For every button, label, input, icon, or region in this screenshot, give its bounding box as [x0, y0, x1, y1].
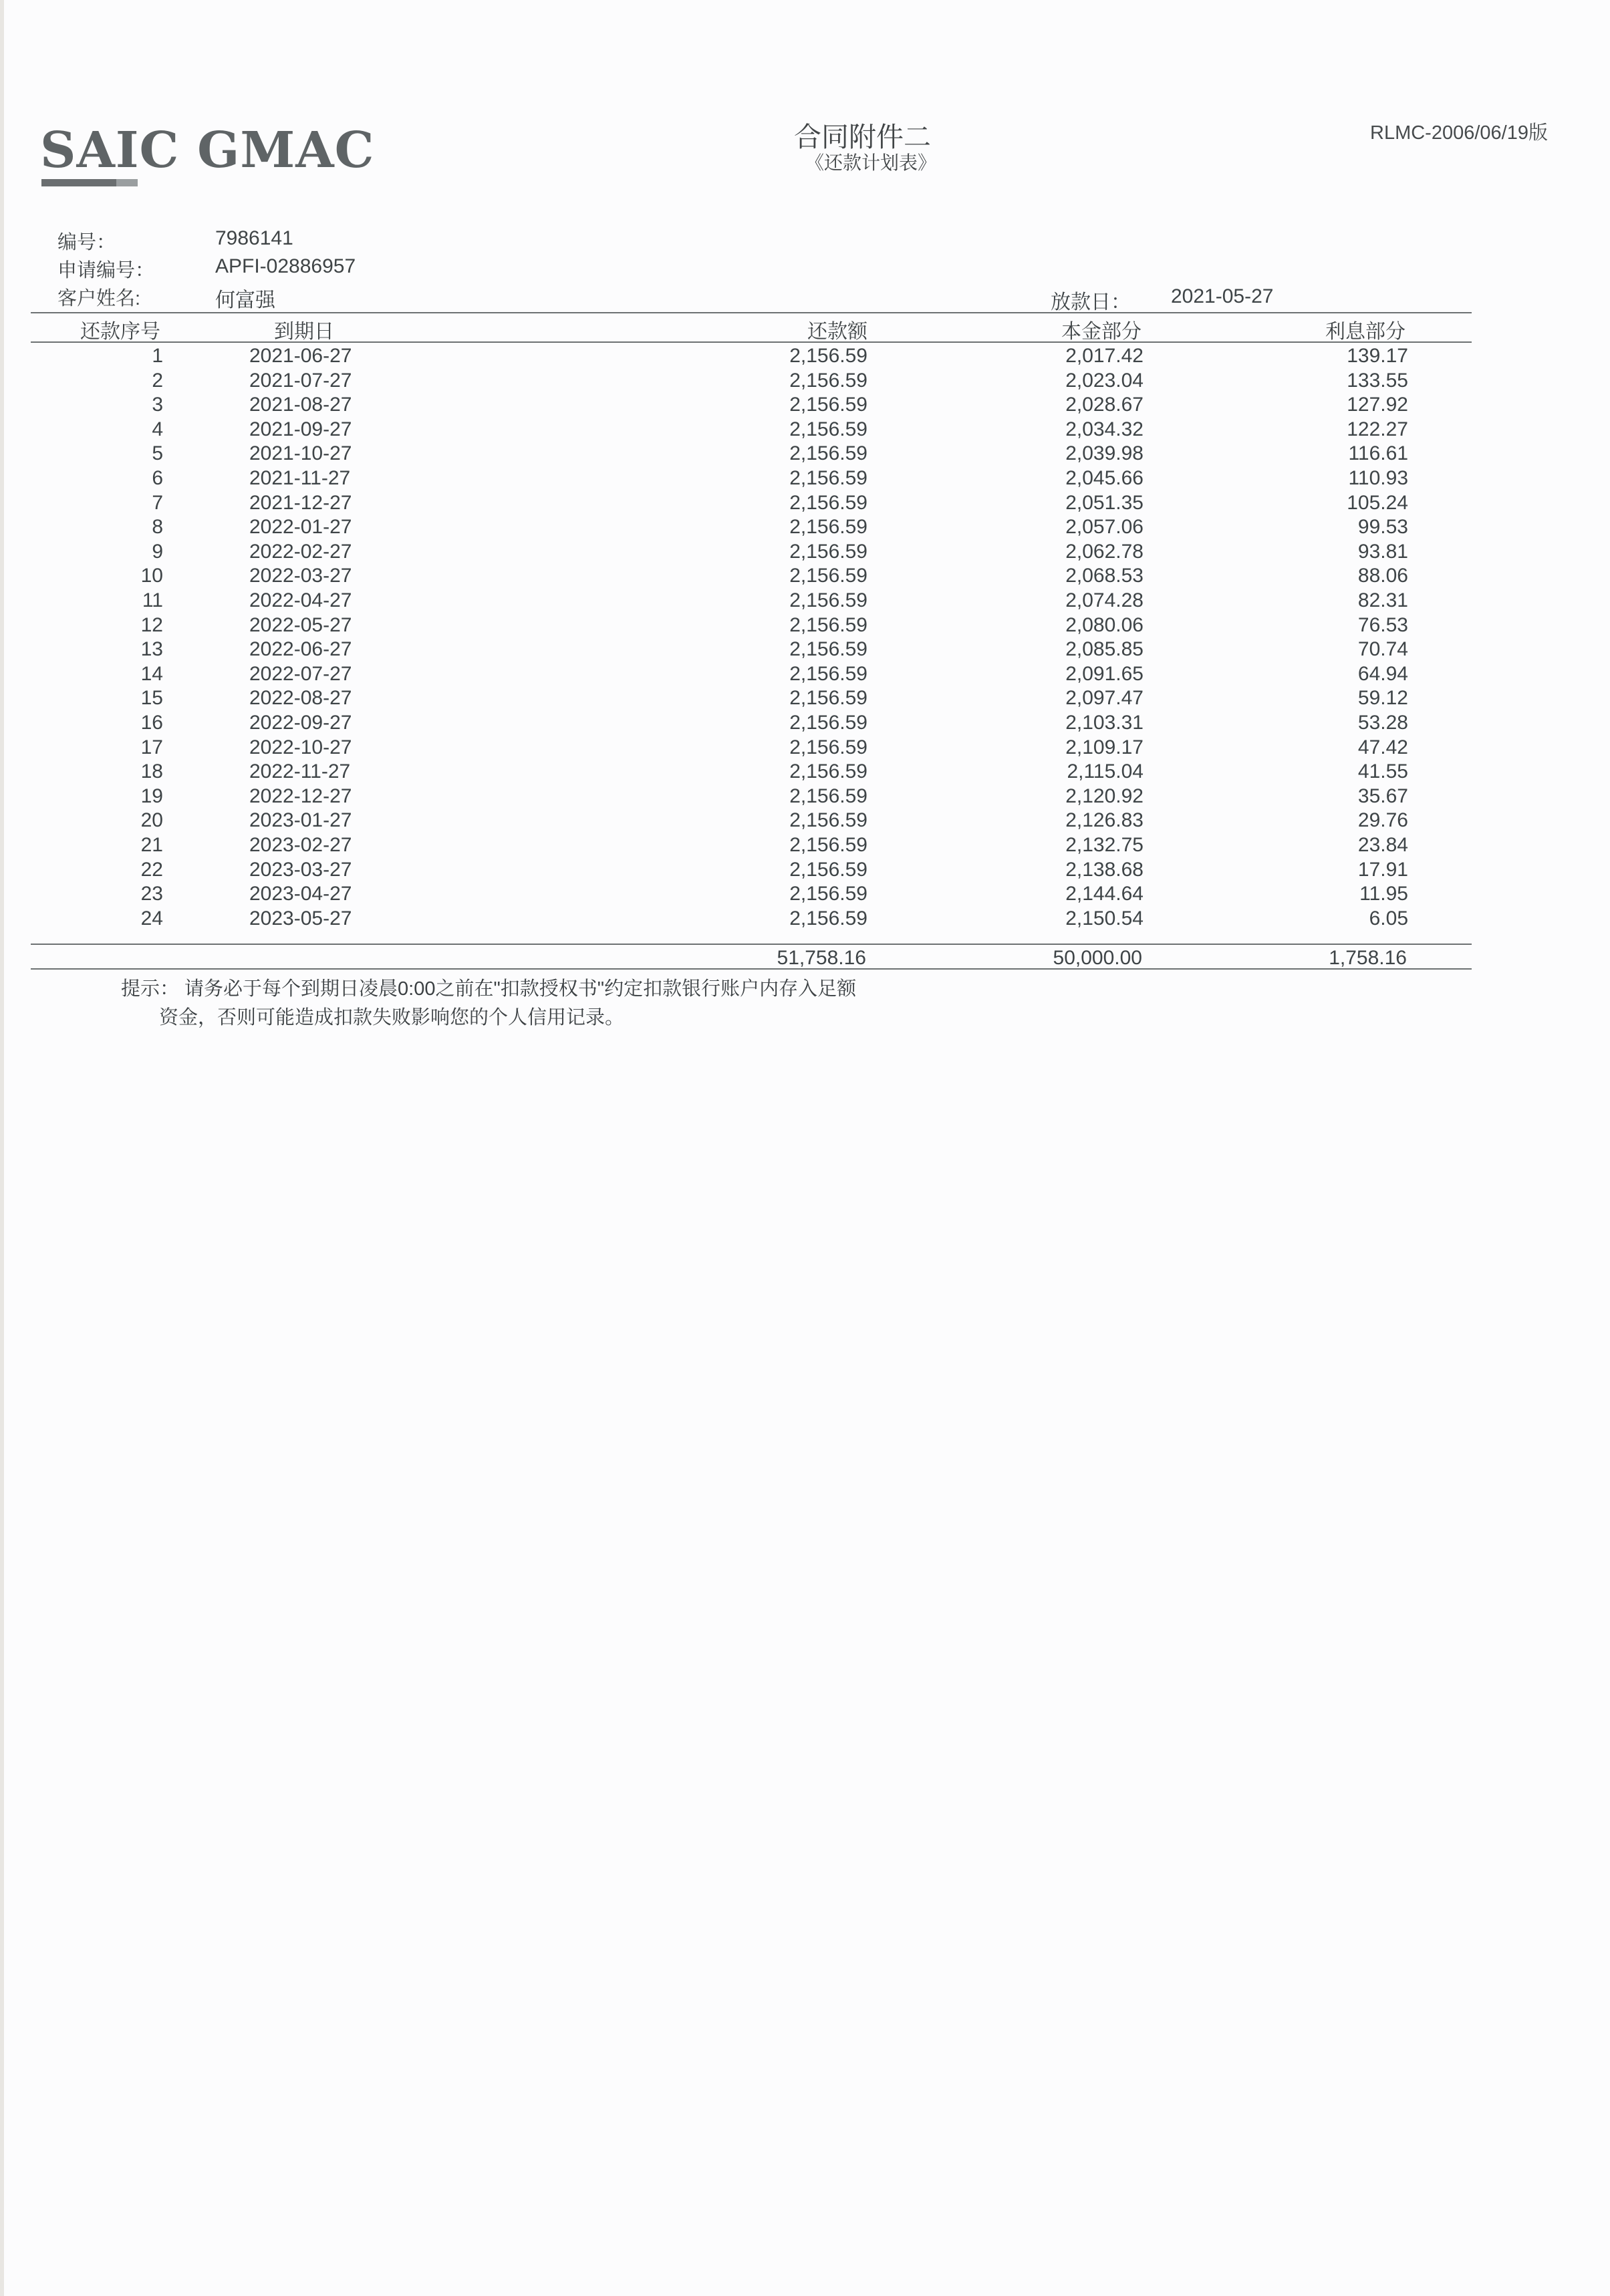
interest-amount: 6.05: [1369, 907, 1408, 930]
principal-amount: 2,017.42: [1065, 345, 1144, 368]
document-subtitle: 《还款计划表》: [805, 148, 936, 175]
principal-amount: 2,150.54: [1065, 907, 1144, 930]
payment-amount: 2,156.59: [789, 760, 867, 783]
principal-amount: 2,028.67: [1065, 394, 1144, 416]
interest-amount: 53.28: [1358, 712, 1408, 734]
table-row: 212023-02-272,156.592,132.7523.84: [0, 834, 1610, 859]
interest-amount: 105.24: [1347, 492, 1408, 515]
due-date: 2023-01-27: [249, 809, 352, 832]
principal-amount: 2,051.35: [1065, 492, 1144, 515]
column-header-due-date: 到期日: [274, 315, 334, 344]
installment-number: 14: [141, 663, 163, 686]
table-row: 192022-12-272,156.592,120.9235.67: [0, 785, 1610, 810]
principal-amount: 2,039.98: [1065, 442, 1144, 465]
installment-number: 15: [141, 687, 163, 710]
installment-number: 11: [142, 589, 163, 612]
interest-amount: 23.84: [1358, 834, 1408, 857]
principal-amount: 2,045.66: [1065, 467, 1144, 490]
interest-amount: 139.17: [1347, 345, 1408, 368]
payment-amount: 2,156.59: [789, 785, 867, 808]
table-row: 172022-10-272,156.592,109.1747.42: [0, 736, 1610, 761]
installment-number: 21: [141, 834, 163, 857]
due-date: 2023-04-27: [249, 883, 352, 905]
interest-amount: 17.91: [1358, 859, 1408, 881]
principal-amount: 2,062.78: [1065, 541, 1144, 563]
customer-name-label: 客户姓名:: [57, 283, 140, 311]
payment-amount: 2,156.59: [789, 394, 867, 416]
table-row: 182022-11-272,156.592,115.0441.55: [0, 760, 1610, 785]
principal-amount: 2,085.85: [1065, 638, 1144, 661]
table-row: 132022-06-272,156.592,085.8570.74: [0, 638, 1610, 663]
interest-amount: 11.95: [1359, 883, 1408, 905]
principal-amount: 2,138.68: [1065, 859, 1144, 881]
installment-number: 6: [152, 467, 163, 490]
payment-amount: 2,156.59: [789, 541, 867, 563]
interest-amount: 41.55: [1358, 760, 1408, 783]
interest-amount: 116.61: [1348, 442, 1408, 465]
interest-amount: 122.27: [1347, 418, 1408, 441]
table-row: 222023-03-272,156.592,138.6817.91: [0, 859, 1610, 883]
payment-amount: 2,156.59: [789, 614, 867, 637]
due-date: 2022-07-27: [249, 663, 352, 686]
table-row: 152022-08-272,156.592,097.4759.12: [0, 687, 1610, 712]
due-date: 2021-11-27: [249, 467, 350, 490]
installment-number: 7: [152, 492, 163, 515]
payment-amount: 2,156.59: [789, 883, 867, 905]
due-date: 2021-08-27: [249, 394, 352, 416]
interest-amount: 88.06: [1358, 565, 1408, 587]
payment-amount: 2,156.59: [789, 345, 867, 368]
table-row: 52021-10-272,156.592,039.98116.61: [0, 442, 1610, 467]
company-logo: SAIC GMAC: [40, 126, 375, 175]
payment-amount: 2,156.59: [789, 370, 867, 392]
principal-amount: 2,132.75: [1065, 834, 1144, 857]
principal-amount: 2,126.83: [1065, 809, 1144, 832]
table-row: 242023-05-272,156.592,150.546.05: [0, 907, 1610, 932]
column-header-principal: 本金部分: [1061, 315, 1142, 344]
interest-amount: 82.31: [1358, 589, 1408, 612]
table-row: 122022-05-272,156.592,080.0676.53: [0, 614, 1610, 639]
contract-number-label: 编号：: [57, 227, 116, 255]
table-row: 232023-04-272,156.592,144.6411.95: [0, 883, 1610, 907]
installment-number: 3: [152, 394, 163, 416]
principal-amount: 2,115.04: [1067, 760, 1144, 783]
contract-number-value: 7986141: [215, 227, 293, 250]
payment-amount: 2,156.59: [789, 687, 867, 710]
table-row: 72021-12-272,156.592,051.35105.24: [0, 492, 1610, 517]
table-row: 202023-01-272,156.592,126.8329.76: [0, 809, 1610, 834]
installment-number: 8: [152, 516, 163, 539]
interest-amount: 99.53: [1358, 516, 1408, 539]
interest-amount: 76.53: [1358, 614, 1408, 637]
interest-amount: 127.92: [1347, 394, 1408, 416]
principal-amount: 2,120.92: [1065, 785, 1144, 808]
payment-amount: 2,156.59: [789, 565, 867, 587]
payment-amount: 2,156.59: [789, 712, 867, 734]
principal-amount: 2,103.31: [1065, 712, 1144, 734]
payment-amount: 2,156.59: [789, 516, 867, 539]
due-date: 2022-03-27: [249, 565, 352, 587]
application-number-value: APFI-02886957: [215, 255, 356, 278]
principal-amount: 2,057.06: [1065, 516, 1144, 539]
payment-amount: 2,156.59: [789, 418, 867, 441]
table-row: 12021-06-272,156.592,017.42139.17: [0, 345, 1610, 370]
installment-number: 20: [141, 809, 163, 832]
principal-amount: 2,068.53: [1065, 565, 1144, 587]
due-date: 2022-04-27: [249, 589, 352, 612]
table-row: 142022-07-272,156.592,091.6564.94: [0, 663, 1610, 688]
installment-number: 16: [141, 712, 163, 734]
installment-number: 1: [152, 345, 163, 368]
due-date: 2022-01-27: [249, 516, 352, 539]
payment-amount: 2,156.59: [789, 663, 867, 686]
interest-amount: 59.12: [1358, 687, 1408, 710]
principal-amount: 2,144.64: [1065, 883, 1144, 905]
principal-amount: 2,097.47: [1065, 687, 1144, 710]
due-date: 2021-07-27: [249, 370, 352, 392]
due-date: 2021-10-27: [249, 442, 352, 465]
installment-number: 24: [141, 907, 163, 930]
table-row: 112022-04-272,156.592,074.2882.31: [0, 589, 1610, 614]
installment-number: 19: [141, 785, 163, 808]
payment-amount: 2,156.59: [789, 492, 867, 515]
installment-number: 17: [141, 736, 163, 759]
due-date: 2021-12-27: [249, 492, 352, 515]
installment-number: 2: [152, 370, 163, 392]
application-number-label: 申请编号：: [57, 255, 154, 283]
interest-amount: 35.67: [1358, 785, 1408, 808]
principal-amount: 2,091.65: [1065, 663, 1144, 686]
interest-amount: 110.93: [1348, 467, 1408, 490]
due-date: 2022-11-27: [249, 760, 350, 783]
principal-amount: 2,034.32: [1065, 418, 1144, 441]
interest-amount: 64.94: [1358, 663, 1408, 686]
total-principal: 50,000.00: [1053, 947, 1142, 970]
due-date: 2021-09-27: [249, 418, 352, 441]
header-top-rule: [31, 312, 1472, 313]
payment-amount: 2,156.59: [789, 809, 867, 832]
payment-amount: 2,156.59: [789, 907, 867, 930]
payment-amount: 2,156.59: [789, 638, 867, 661]
totals-bottom-rule: [31, 968, 1472, 970]
installment-number: 22: [141, 859, 163, 881]
interest-amount: 70.74: [1358, 638, 1408, 661]
table-row: 82022-01-272,156.592,057.0699.53: [0, 516, 1610, 541]
principal-amount: 2,109.17: [1065, 736, 1144, 759]
table-row: 62021-11-272,156.592,045.66110.93: [0, 467, 1610, 492]
table-row: 32021-08-272,156.592,028.67127.92: [0, 394, 1610, 418]
installment-number: 5: [152, 442, 163, 465]
due-date: 2021-06-27: [249, 345, 352, 368]
form-version: RLMC-2006/06/19版: [1370, 118, 1548, 145]
notice-line-1: 提示： 请务必于每个到期日凌晨0:00之前在"扣款授权书"约定扣款银行账户内存入…: [121, 974, 856, 1001]
table-row: 162022-09-272,156.592,103.3153.28: [0, 712, 1610, 736]
interest-amount: 93.81: [1358, 541, 1408, 563]
total-payment: 51,758.16: [777, 947, 866, 970]
due-date: 2022-10-27: [249, 736, 352, 759]
due-date: 2023-03-27: [249, 859, 352, 881]
payment-amount: 2,156.59: [789, 589, 867, 612]
installment-number: 12: [141, 614, 163, 637]
interest-amount: 133.55: [1347, 370, 1408, 392]
payment-amount: 2,156.59: [789, 834, 867, 857]
due-date: 2022-06-27: [249, 638, 352, 661]
interest-amount: 47.42: [1358, 736, 1408, 759]
due-date: 2022-02-27: [249, 541, 352, 563]
notice-line-2: 资金，否则可能造成扣款失败影响您的个人信用记录。: [159, 1002, 624, 1030]
payment-amount: 2,156.59: [789, 859, 867, 881]
logo-underline-light: [116, 179, 138, 186]
totals-top-rule: [31, 944, 1472, 945]
table-row: 22021-07-272,156.592,023.04133.55: [0, 370, 1610, 394]
installment-number: 13: [141, 638, 163, 661]
table-row: 42021-09-272,156.592,034.32122.27: [0, 418, 1610, 443]
due-date: 2022-05-27: [249, 614, 352, 637]
due-date: 2022-12-27: [249, 785, 352, 808]
principal-amount: 2,074.28: [1065, 589, 1144, 612]
interest-amount: 29.76: [1358, 809, 1408, 832]
due-date: 2022-08-27: [249, 687, 352, 710]
installment-number: 23: [141, 883, 163, 905]
payment-amount: 2,156.59: [789, 467, 867, 490]
principal-amount: 2,023.04: [1065, 370, 1144, 392]
loan-date-value: 2021-05-27: [1171, 285, 1273, 308]
logo-underline: [41, 179, 116, 186]
header-bottom-rule: [31, 341, 1472, 343]
payment-amount: 2,156.59: [789, 442, 867, 465]
due-date: 2022-09-27: [249, 712, 352, 734]
installment-number: 9: [152, 541, 163, 563]
loan-date-label: 放款日：: [1051, 285, 1131, 315]
column-header-installment: 还款序号: [80, 315, 160, 344]
installment-number: 4: [152, 418, 163, 441]
payment-amount: 2,156.59: [789, 736, 867, 759]
principal-amount: 2,080.06: [1065, 614, 1144, 637]
installment-number: 18: [141, 760, 163, 783]
installment-number: 10: [141, 565, 163, 587]
column-header-interest: 利息部分: [1325, 315, 1405, 344]
column-header-payment: 还款额: [807, 315, 867, 344]
table-row: 92022-02-272,156.592,062.7893.81: [0, 541, 1610, 565]
total-interest: 1,758.16: [1329, 947, 1407, 970]
due-date: 2023-05-27: [249, 907, 352, 930]
customer-name-value: 何富强: [215, 283, 275, 313]
table-row: 102022-03-272,156.592,068.5388.06: [0, 565, 1610, 589]
due-date: 2023-02-27: [249, 834, 352, 857]
